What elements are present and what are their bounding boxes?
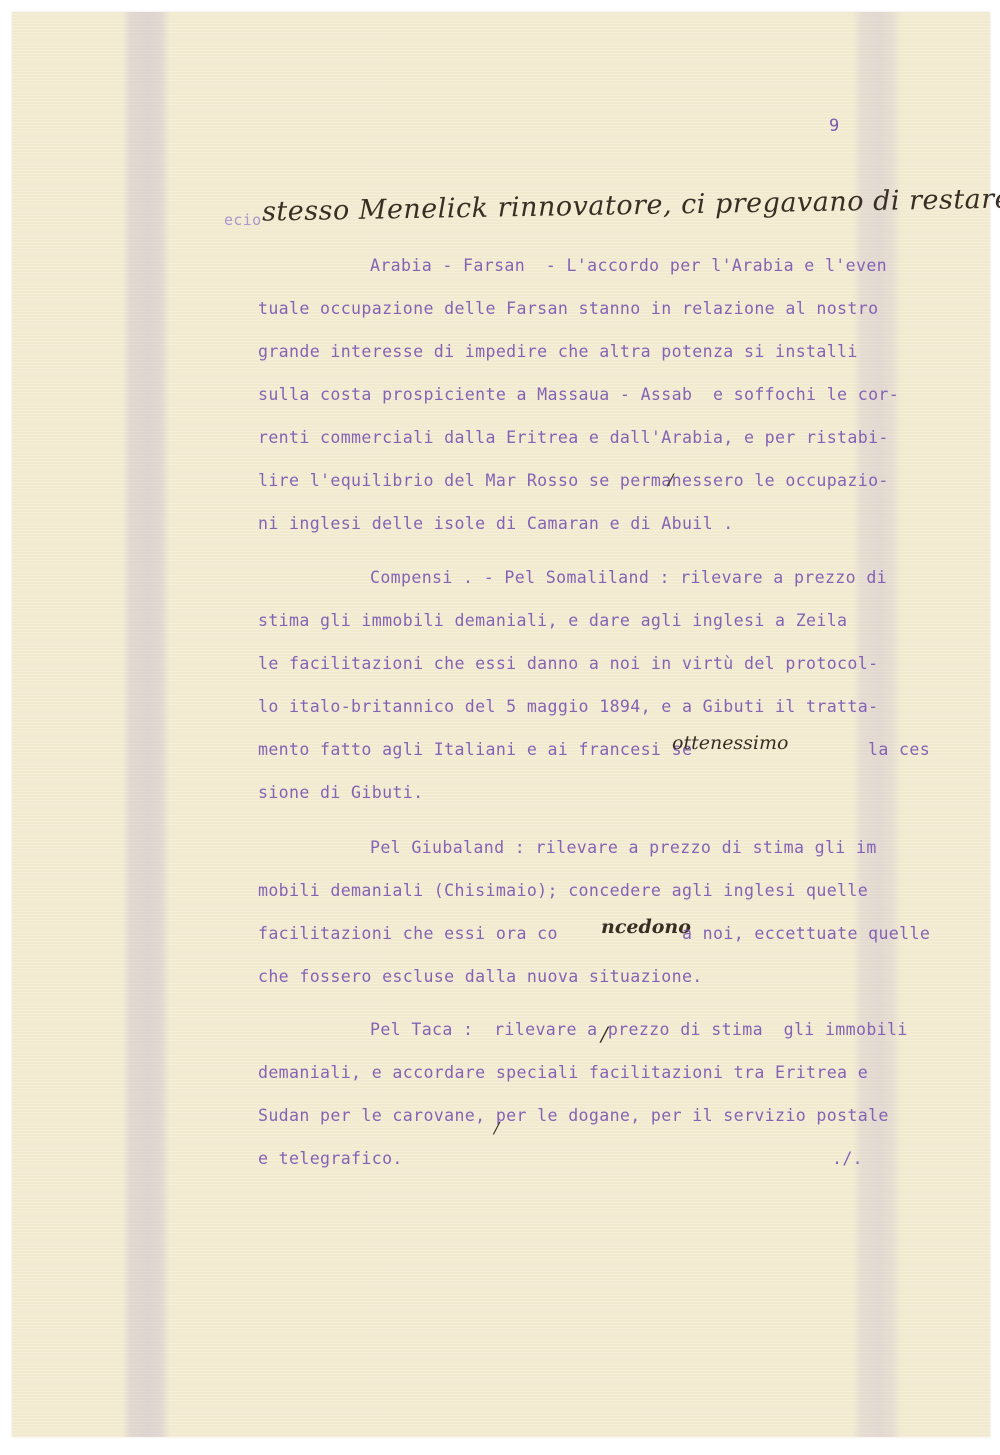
text-line: sulla costa prospiciente a Massaua - Ass… (258, 385, 899, 405)
text-line: mobili demaniali (Chisimaio); concedere … (258, 881, 868, 901)
text-line: Sudan per le carovane, per le dogane, pe… (258, 1106, 889, 1126)
text-line: demaniali, e accordare speciali facilita… (258, 1063, 868, 1083)
page-number: 9 (829, 116, 839, 136)
text-line: Pel Taca : rilevare a prezzo di stima gl… (370, 1020, 908, 1040)
handwritten-correction: ottenessimo (672, 732, 788, 754)
text-line: grande interesse di impedire che altra p… (258, 342, 858, 362)
text-line: renti commerciali dalla Eritrea e dall'A… (258, 428, 889, 448)
continuation-mark: ./. (832, 1149, 863, 1169)
text-line: Compensi . - Pel Somaliland : rilevare a… (370, 568, 887, 588)
handwritten-comma-mark: / (494, 1118, 499, 1137)
handwritten-separator-mark: / (601, 1022, 608, 1046)
document-page (12, 12, 990, 1437)
text-line: Arabia - Farsan - L'accordo per l'Arabia… (370, 256, 887, 276)
text-line: che fossero escluse dalla nuova situazio… (258, 967, 703, 987)
text-line: lire l'equilibrio del Mar Rosso se perma… (258, 471, 889, 491)
text-line: Pel Giubaland : rilevare a prezzo di sti… (370, 838, 877, 858)
text-line: mento fatto agli Italiani e ai francesi … (258, 740, 692, 760)
text-line: lo italo-britannico del 5 maggio 1894, e… (258, 697, 878, 717)
text-line: ni inglesi delle isole di Camaran e di A… (258, 514, 734, 534)
typed-fragment: ecio (224, 210, 262, 230)
handwritten-comma-mark: / (668, 470, 673, 489)
text-line: tuale occupazione delle Farsan stanno in… (258, 299, 878, 319)
text-line-tail: a noi, eccettuate quelle (682, 924, 930, 944)
text-line-tail: la ces (868, 740, 930, 760)
handwritten-correction: ncedono (601, 916, 691, 938)
text-line: facilitazioni che essi ora co (258, 924, 558, 944)
text-line: stima gli immobili demaniali, e dare agl… (258, 611, 847, 631)
text-line: e telegrafico. (258, 1149, 403, 1169)
text-line: sione di Gibuti. (258, 783, 423, 803)
text-line: le facilitazioni che essi danno a noi in… (258, 654, 878, 674)
